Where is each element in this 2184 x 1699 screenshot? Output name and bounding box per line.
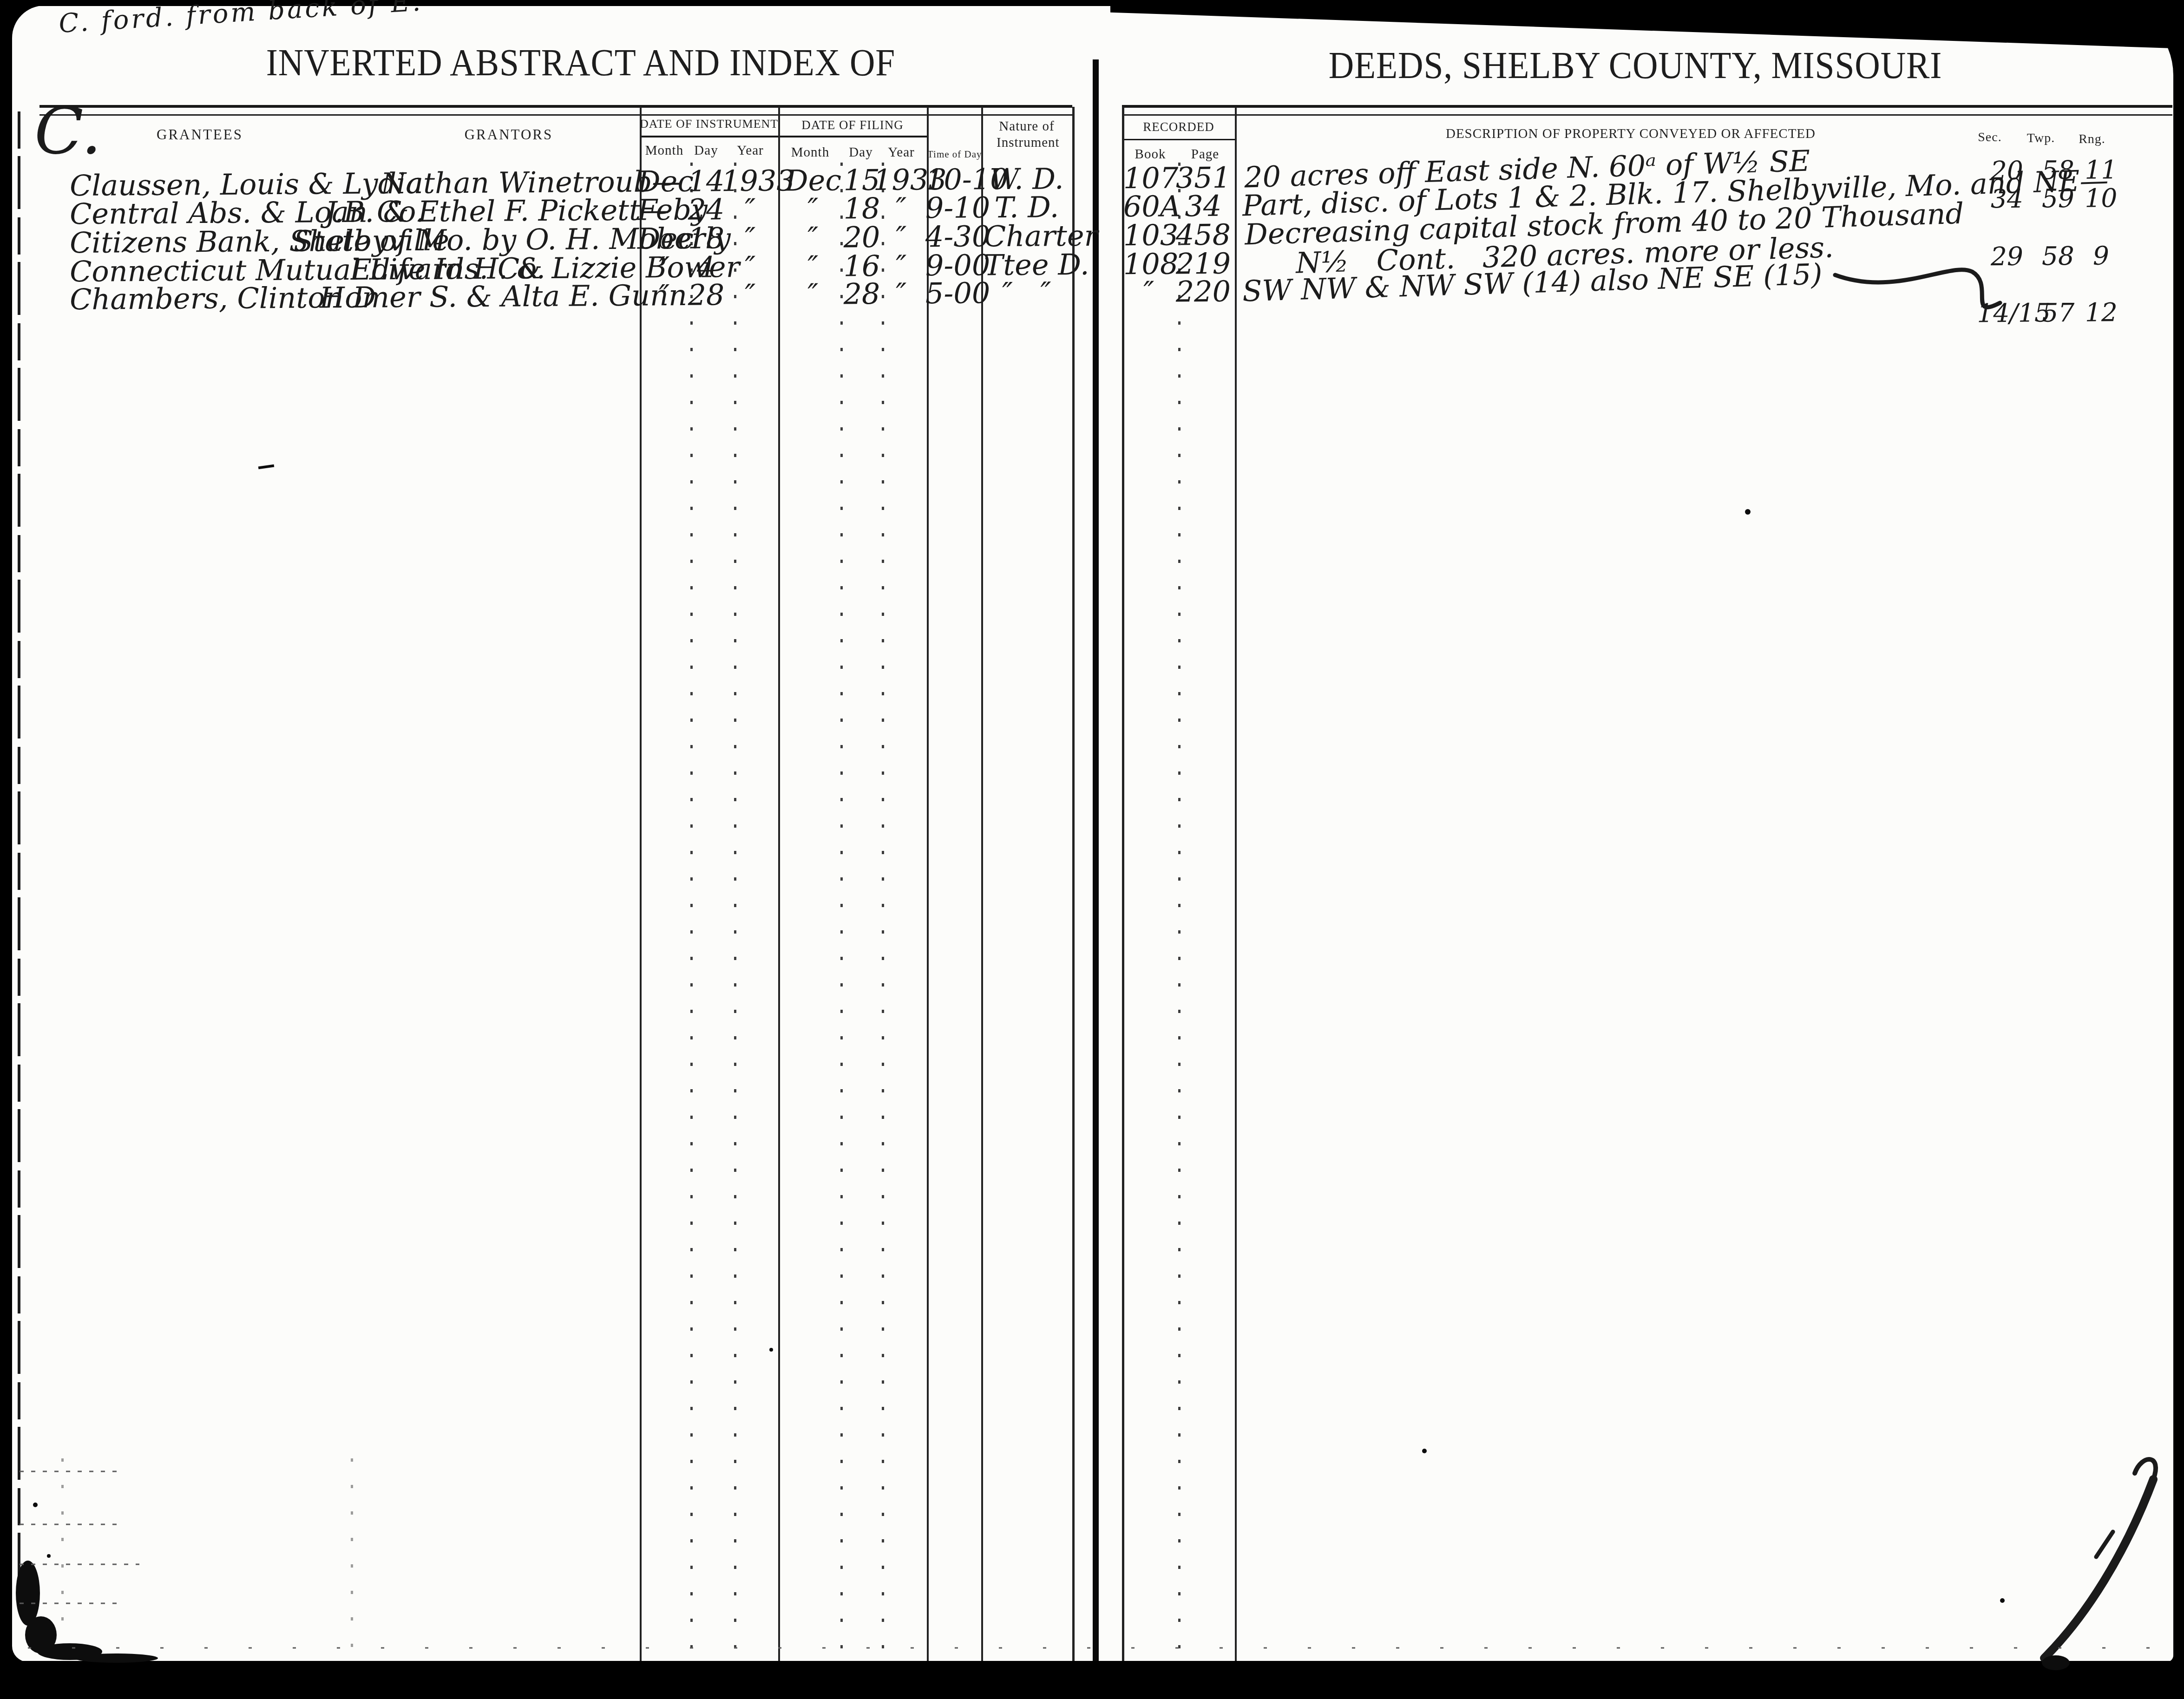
- header-time-of-day: Time of Day: [927, 149, 981, 160]
- sec-cell: 29: [1977, 244, 2037, 270]
- filing-month-cell: Dec: [785, 166, 841, 196]
- column-rule: [1072, 107, 1075, 1661]
- table-top-rule: [1122, 105, 2172, 108]
- scan-border-bottom: [0, 1661, 2184, 1699]
- instrument-year-cell: 1933: [721, 166, 779, 196]
- rng-cell: 10: [2074, 185, 2128, 211]
- book-cell: 107: [1123, 164, 1174, 193]
- header-rng: Rng.: [2066, 132, 2118, 147]
- column-rule: [640, 107, 642, 1661]
- filing-year-cell: ″: [873, 251, 929, 281]
- dotted-column-guide: [690, 163, 693, 1661]
- column-rule: [927, 107, 929, 1661]
- header-grantors: GRANTORS: [404, 126, 613, 143]
- book-cell: 103: [1123, 221, 1174, 250]
- index-letter: C.: [34, 99, 102, 163]
- header-book: Book: [1124, 147, 1176, 162]
- header-date-of-instrument: DATE OF INSTRUMENT: [640, 117, 778, 131]
- time-of-day-cell: 9-10: [925, 193, 980, 222]
- dotted-bleedthrough-guide: [61, 1458, 64, 1653]
- ledger-scan-canvas: C. ford. from back of E. INVERTED ABSTRA…: [0, 0, 2184, 1699]
- header-date-of-filing: DATE OF FILING: [778, 118, 927, 132]
- rng-cell: 9: [2074, 243, 2128, 269]
- page-cell: 34: [1175, 192, 1231, 221]
- dotted-column-guide: [734, 163, 736, 1661]
- header-grantees: GRANTEES: [95, 126, 304, 143]
- filing-year-cell: 1933: [873, 165, 929, 195]
- grantors-cell: Homer S. & Alta E. Gunn: [320, 281, 687, 313]
- filing-month-cell: ″: [785, 280, 841, 309]
- book-cell: ″: [1123, 278, 1174, 307]
- header-instrument-year: Year: [721, 143, 779, 158]
- dotted-column-guide: [882, 163, 884, 1661]
- dotted-column-guide: [1178, 163, 1181, 1661]
- rng-cell: 12: [2074, 300, 2128, 326]
- page-title-right: DEEDS, SHELBY COUNTY, MISSOURI: [1251, 44, 2020, 87]
- nature-cell: W. D.: [984, 164, 1069, 194]
- rng-cell: [2074, 214, 2128, 215]
- table-top-rule: [1122, 114, 2172, 116]
- twp-cell: [2030, 215, 2086, 215]
- dotted-bleedthrough-guide: [351, 1458, 353, 1653]
- filing-year-cell: ″: [873, 222, 929, 252]
- book-cell: 108: [1123, 250, 1174, 279]
- header-filing-month: Month: [782, 145, 838, 160]
- instrument-year-cell: ″: [721, 252, 779, 281]
- table-top-rule: [39, 114, 1072, 116]
- filing-month-cell: ″: [785, 252, 841, 281]
- instrument-year-cell: ″: [721, 223, 779, 253]
- sec-cell: 34: [1977, 186, 2037, 212]
- header-sec: Sec.: [1964, 130, 2015, 145]
- instrument-year-cell: ″: [721, 195, 779, 224]
- page-cell: 458: [1175, 221, 1231, 250]
- table-top-rule: [39, 105, 1072, 108]
- page-cell: 220: [1175, 277, 1231, 307]
- page-cell: 351: [1175, 163, 1231, 193]
- nature-cell: ″ ″: [984, 278, 1069, 307]
- column-rule: [1122, 107, 1124, 1661]
- sec-cell: 14/15: [1977, 301, 2037, 327]
- instrument-year-cell: ″: [721, 280, 779, 309]
- date-header-rule: [640, 136, 927, 137]
- time-of-day-cell: 4-30: [925, 222, 980, 251]
- filing-year-cell: ″: [873, 279, 929, 308]
- book-cell: 60A: [1123, 192, 1174, 222]
- recorded-header-rule: [1122, 139, 1235, 140]
- header-nature-of-instrument: Nature of Instrument: [997, 118, 1057, 151]
- header-recorded: RECORDED: [1122, 120, 1235, 134]
- column-rule: [778, 107, 780, 1661]
- header-twp: Twp.: [2015, 131, 2066, 146]
- column-rule: [1235, 107, 1237, 1661]
- header-description: DESCRIPTION OF PROPERTY CONVEYED OR AFFE…: [1305, 126, 1956, 142]
- scan-left-streak: [18, 111, 20, 1593]
- header-page: Page: [1179, 147, 1231, 162]
- nature-cell: Charter: [984, 222, 1069, 251]
- header-filing-year: Year: [873, 145, 929, 160]
- page-title-left: INVERTED ABSTRACT AND INDEX OF: [175, 41, 987, 85]
- dotted-column-guide: [840, 163, 843, 1661]
- filing-year-cell: ″: [873, 194, 929, 223]
- column-rule: [981, 107, 983, 1661]
- time-of-day-cell: 5-00: [925, 279, 980, 308]
- time-of-day-cell: 10-10: [925, 165, 980, 194]
- filing-month-cell: ″: [785, 223, 841, 253]
- filing-month-cell: ″: [785, 195, 841, 224]
- nature-cell: T. D.: [984, 193, 1069, 222]
- sec-cell: [1977, 215, 2037, 216]
